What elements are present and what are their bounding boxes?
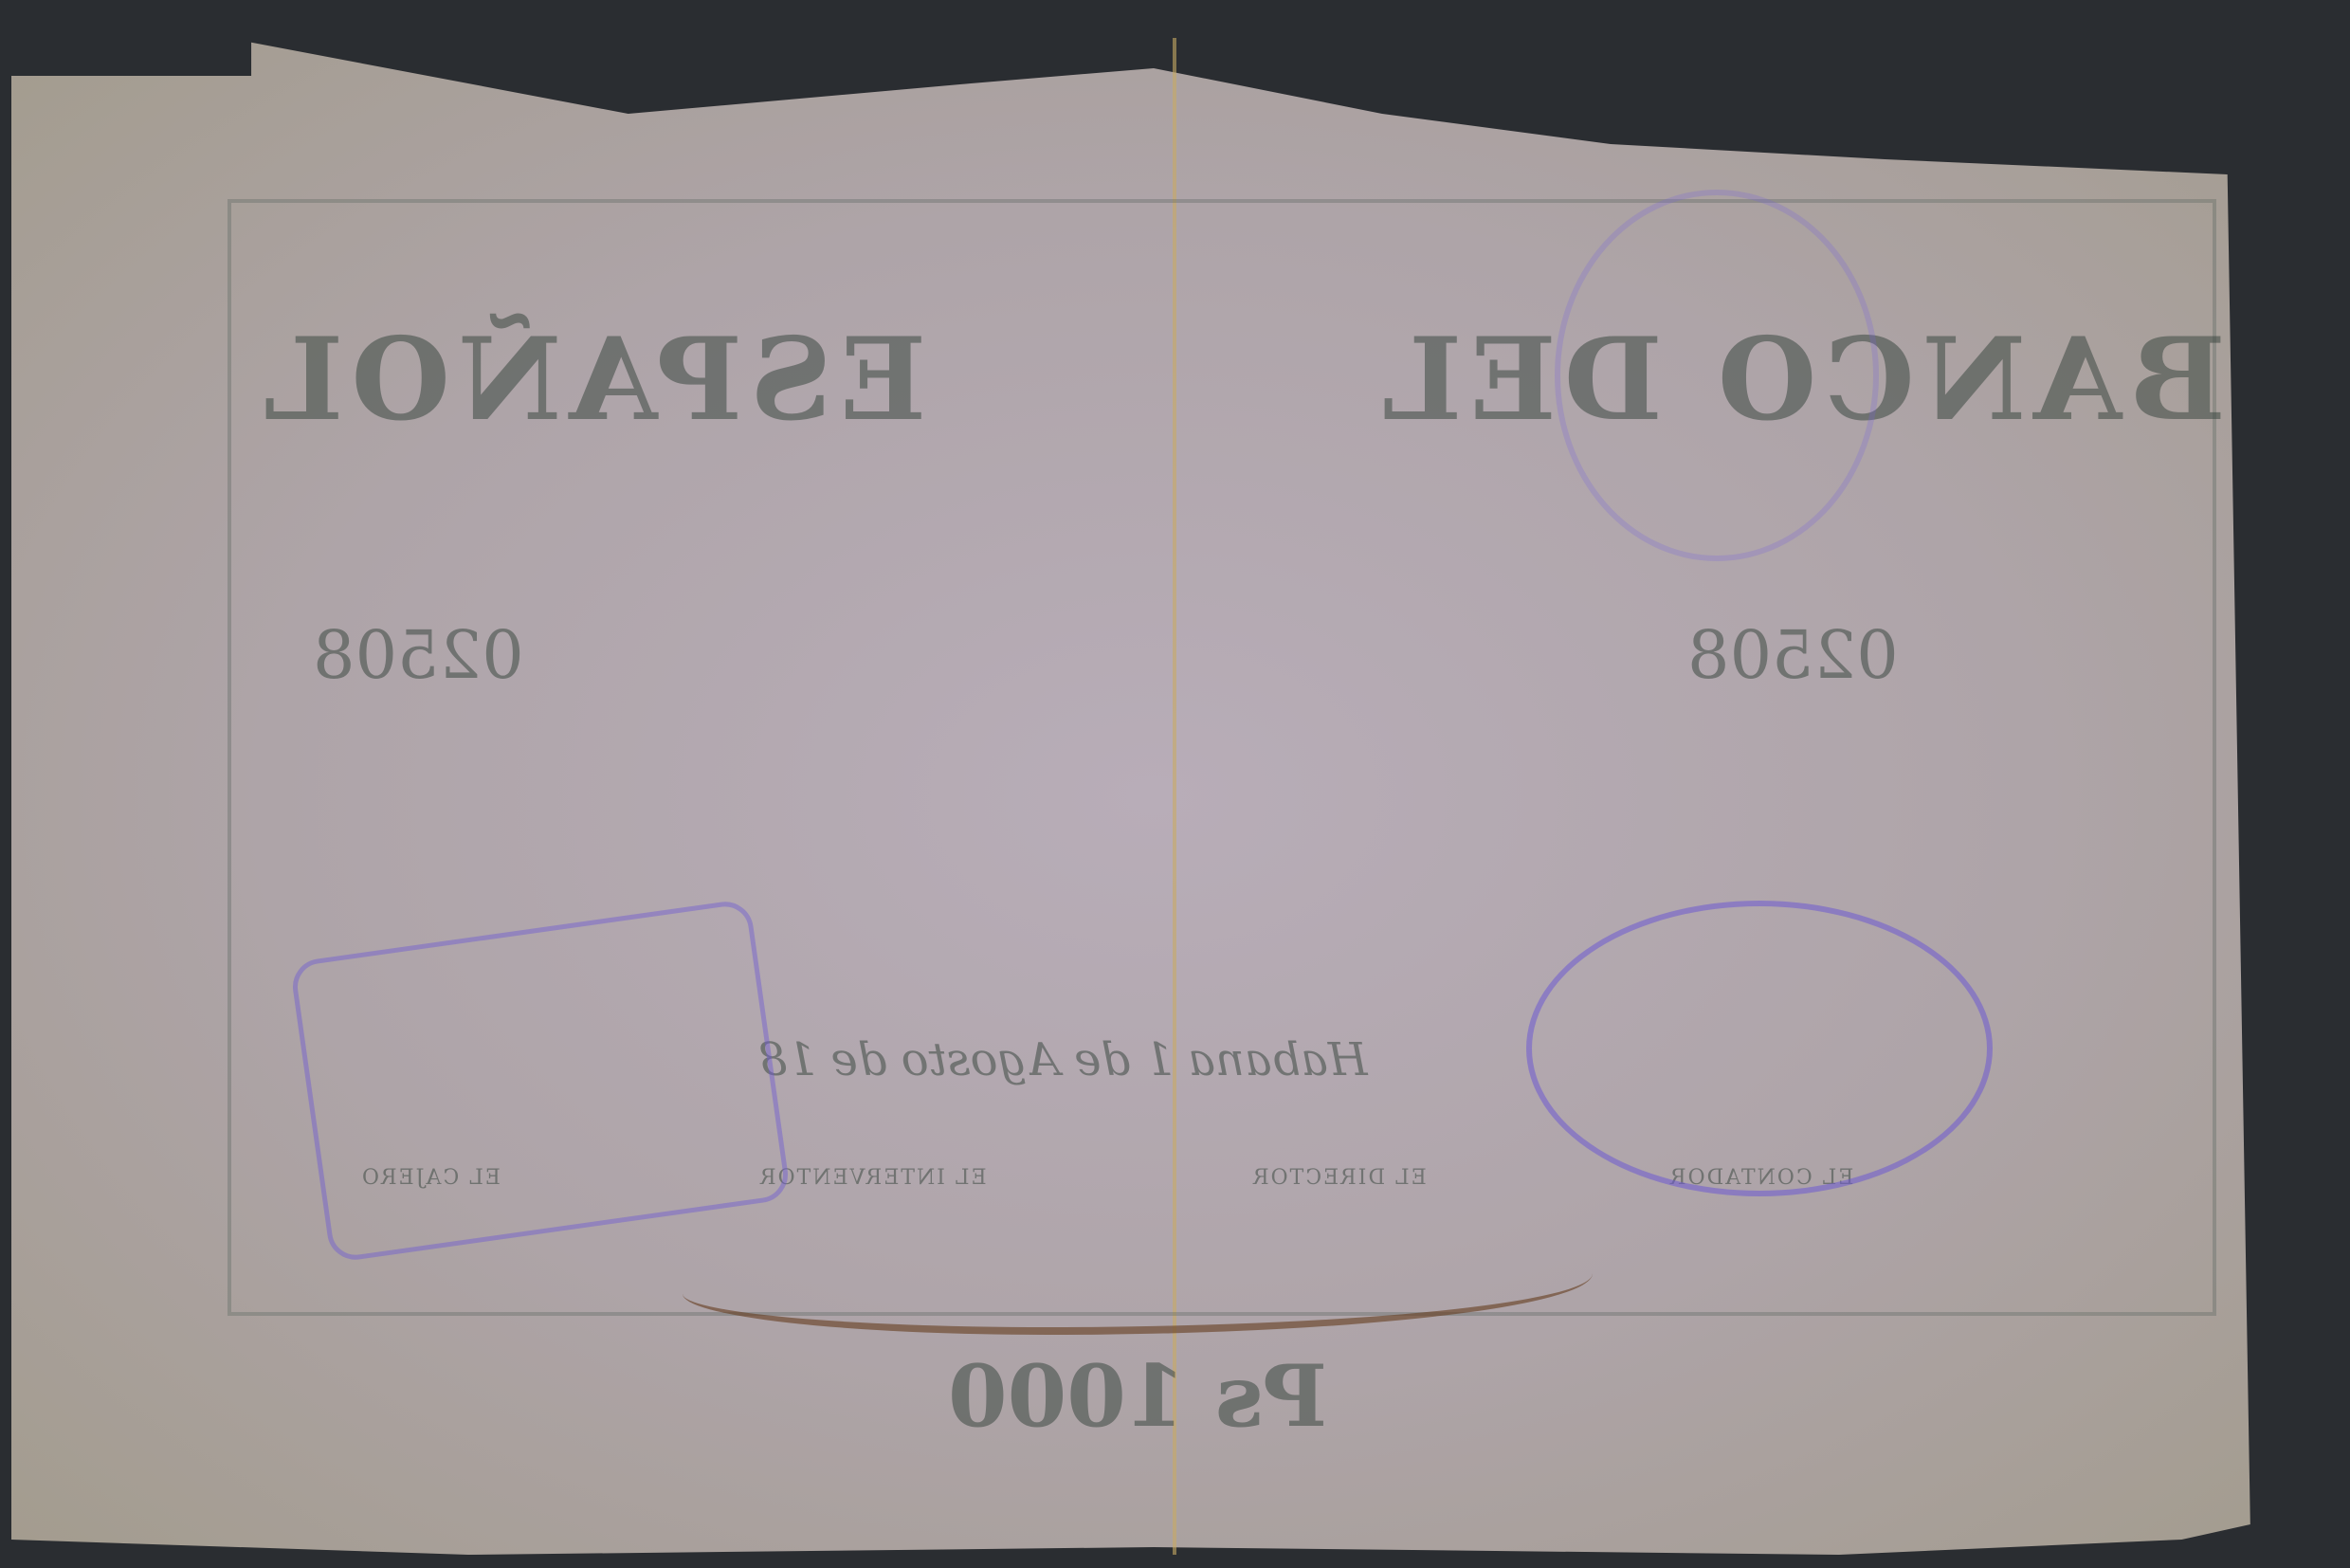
signature-label: EL INTERVENTOR: [758, 1166, 987, 1190]
serial-right: 02508: [1687, 616, 1899, 694]
oval-stamp: [1526, 901, 1993, 1196]
signature-label: EL DIRECTOR: [1251, 1166, 1427, 1190]
date-line: Habana 1 de Agosto de 18: [758, 1033, 1368, 1086]
banner-left-text: ESPAÑOL: [256, 313, 926, 447]
denomination: Ps 1000: [948, 1346, 1327, 1447]
serial-left: 02508: [313, 616, 524, 694]
faded-stamp: [1555, 190, 1879, 561]
rect-stamp: [289, 898, 792, 1263]
